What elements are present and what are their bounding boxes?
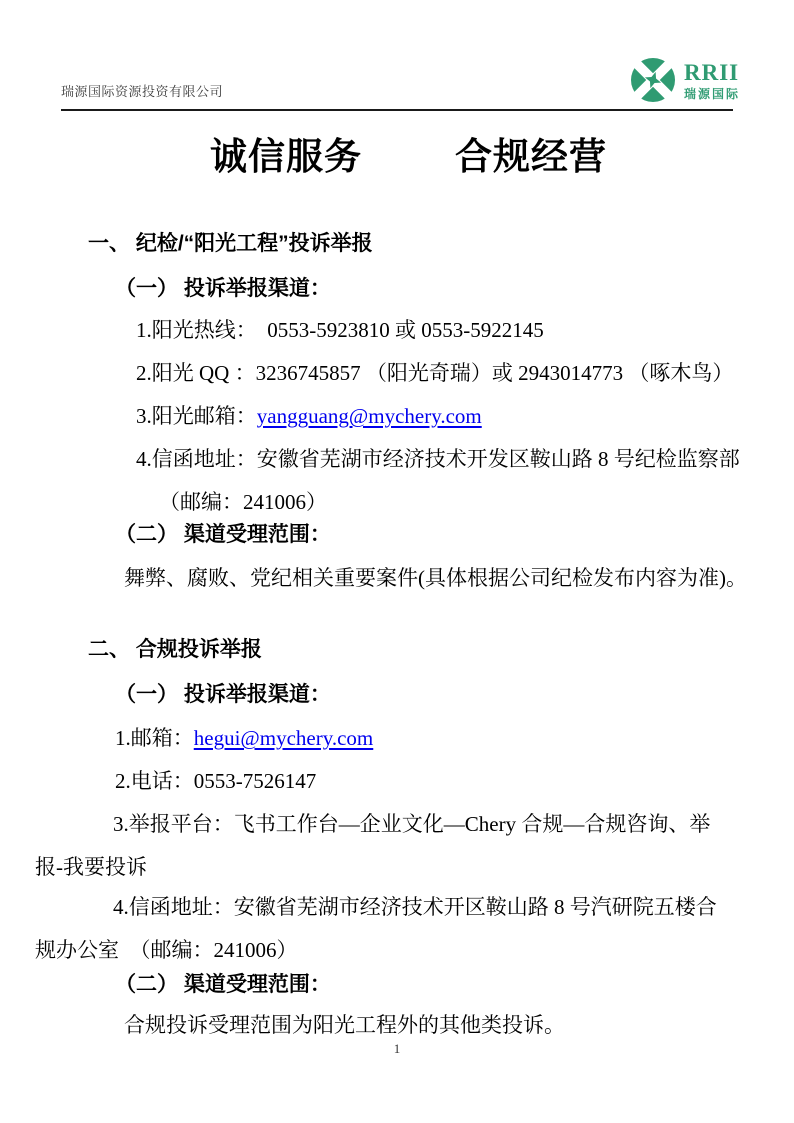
section2-email-label: 1.邮箱： [115, 726, 194, 750]
section2-scope-body: 合规投诉受理范围为阳光工程外的其他类投诉。 [124, 1012, 565, 1038]
section1-hotline-item: 1.阳光热线： 0553-5923810 或 0553-5922145 [136, 317, 544, 343]
section1-scope-body: 舞弊、腐败、党纪相关重要案件(具体根据公司纪检发布内容为准)。 [124, 565, 747, 591]
section2-email-item: 1.邮箱：hegui@mychery.com [115, 725, 373, 751]
company-name: 瑞源国际资源投资有限公司 [61, 81, 223, 100]
section1-mail-postcode: （邮编：241006） [159, 489, 327, 515]
section1-heading: 一、 纪检/“阳光工程”投诉举报 [88, 231, 373, 257]
rrii-pinwheel-icon [629, 56, 677, 104]
logo-brand-name: 瑞源国际 [684, 88, 740, 100]
logo-acronym: RRII [684, 61, 740, 84]
document-title: 诚信服务 合规经营 [0, 138, 794, 186]
title-integrity-service: 诚信服务 [210, 138, 362, 175]
section2-phone-item: 2.电话：0553-7526147 [115, 768, 316, 794]
company-logo: RRII 瑞源国际 [629, 56, 740, 104]
title-compliant-operation: 合规经营 [455, 138, 607, 175]
logo-text: RRII 瑞源国际 [684, 61, 740, 100]
section1-email-item: 3.阳光邮箱：yangguang@mychery.com [136, 403, 482, 429]
page-number: 1 [0, 1041, 794, 1057]
section2-platform-item-line1: 3.举报平台：飞书工作台—企业文化—Chery 合规—合规咨询、举 [113, 811, 710, 837]
header-divider [61, 109, 733, 111]
section1-qq-item: 2.阳光 QQ ：3236745857 （阳光奇瑞）或 2943014773 （… [136, 360, 733, 386]
section2-email-link[interactable]: hegui@mychery.com [194, 726, 374, 750]
section2-heading: 二、 合规投诉举报 [88, 637, 262, 663]
section2-channels-heading: （一） 投诉举报渠道： [115, 682, 331, 708]
section2-platform-item-line2: 报-我要投诉 [35, 854, 147, 880]
section1-email-label: 3.阳光邮箱： [136, 404, 257, 428]
section1-channels-heading: （一） 投诉举报渠道： [115, 276, 331, 302]
section1-mail-address-item: 4.信函地址：安徽省芜湖市经济技术开发区鞍山路 8 号纪检监察部 [136, 446, 740, 472]
section1-scope-heading: （二） 渠道受理范围： [115, 522, 331, 548]
section2-mail-address-line2: 规办公室 （邮编：241006） [35, 937, 298, 963]
section2-scope-heading: （二） 渠道受理范围： [115, 972, 331, 998]
section2-mail-address-line1: 4.信函地址：安徽省芜湖市经济技术开区鞍山路 8 号汽研院五楼合 [113, 894, 717, 920]
section1-email-link[interactable]: yangguang@mychery.com [257, 404, 482, 428]
document-page: 瑞源国际资源投资有限公司 RRII 瑞源国际 诚信服务 合规经营 一、 纪检/“… [0, 0, 794, 1123]
